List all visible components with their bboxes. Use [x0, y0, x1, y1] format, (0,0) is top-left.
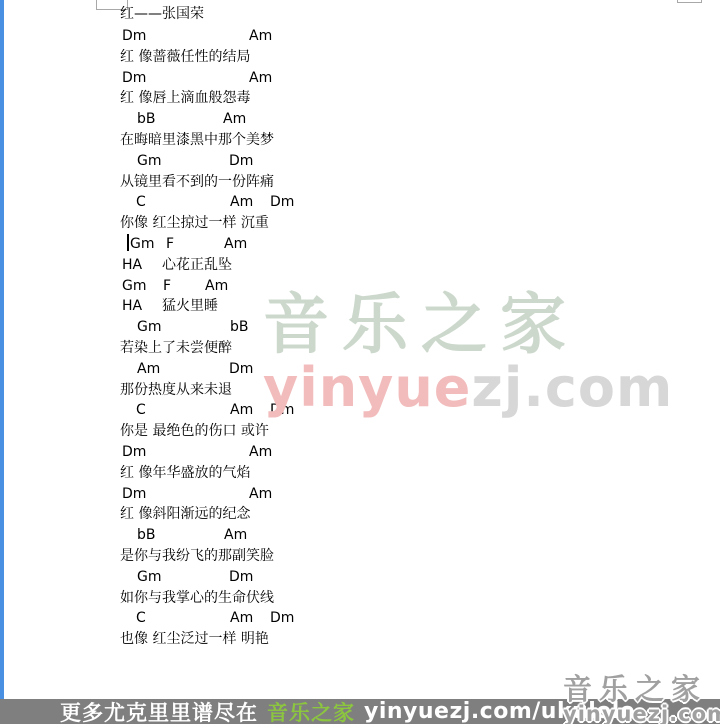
chord-label: Dm [229, 568, 253, 586]
footer-url-text: yinyuezj.com/ukulele [364, 699, 635, 724]
chord-label: Am [230, 401, 253, 419]
chord-line: GmDm [0, 567, 720, 588]
chord-label: Am [249, 69, 272, 87]
lyric-text: 是你与我纷飞的那副笑脸 [120, 547, 274, 565]
song-title: 红——张国荣 [120, 5, 204, 23]
chord-label: Dm [229, 360, 253, 378]
lyric-text: 你像 红尘掠过一样 沉重 [120, 214, 269, 232]
lyric-text: 也像 红尘泛过一样 明艳 [120, 630, 269, 648]
chord-label: Gm [137, 318, 162, 336]
chord-label: Gm [137, 568, 162, 586]
footer-brand-text: 音乐之家 [267, 697, 355, 724]
chord-label: Dm [229, 152, 253, 170]
chord-line: DmAm [0, 26, 720, 47]
chord-line: GmbB [0, 317, 720, 338]
chord-line: GmDm [0, 151, 720, 172]
chord-line: DmAm [0, 68, 720, 89]
chord-label: F [163, 277, 171, 295]
chord-label: Dm [122, 485, 146, 503]
chord-label: Am [205, 277, 228, 295]
lyric-line: 从镜里看不到的一份阵痛 [0, 172, 720, 193]
chord-label: Gm [130, 235, 155, 253]
chord-label: bB [137, 110, 156, 128]
chord-line: DmAm [0, 442, 720, 463]
chord-line: CAmDm [0, 608, 720, 629]
chord-line: CAmDm [0, 192, 720, 213]
chord-label: Am [249, 485, 272, 503]
chord-label: Dm [122, 69, 146, 87]
chord-label: Am [137, 360, 160, 378]
lyric-line: 在晦暗里漆黑中那个美梦 [0, 130, 720, 151]
chord-label: Am [224, 526, 247, 544]
chord-label: Am [230, 193, 253, 211]
lyric-line: 红 像唇上滴血般怨毒 [0, 88, 720, 109]
chord-label: Dm [270, 193, 294, 211]
chord-label: Dm [270, 609, 294, 627]
lyric-line: 你像 红尘掠过一样 沉重 [0, 213, 720, 234]
chord-line: GmFAm [0, 234, 720, 255]
chord-label: Dm [270, 401, 294, 419]
chord-label: Gm [122, 277, 147, 295]
chord-line: AmDm [0, 359, 720, 380]
chord-label: bB [230, 318, 249, 336]
chord-label: bB [137, 526, 156, 544]
chord-label: C [136, 193, 146, 211]
lyric-text: 从镜里看不到的一份阵痛 [120, 173, 274, 191]
lyric-text: 在晦暗里漆黑中那个美梦 [120, 131, 274, 149]
chord-label: Am [249, 27, 272, 45]
text-caret [127, 234, 129, 251]
lyric-text: 如你与我掌心的生命伏线 [120, 589, 274, 607]
chord-label: Am [223, 110, 246, 128]
lyric-line: 是你与我纷飞的那副笑脸 [0, 546, 720, 567]
lyric-text: 红 像蔷薇任性的结局 [120, 48, 250, 66]
lyric-text: 那份热度从来未退 [120, 381, 232, 399]
chord-line: bBAm [0, 525, 720, 546]
song-sheet[interactable]: 红——张国荣 DmAm红 像蔷薇任性的结局DmAm红 像唇上滴血般怨毒bBAm在… [0, 0, 720, 699]
lyric-line: 那份热度从来未退 [0, 380, 720, 401]
chord-label: Am [230, 609, 253, 627]
lyric-text: 猛火里睡 [162, 297, 218, 315]
footer-prefix-text: 更多尤克里里谱尽在 [60, 697, 258, 724]
chord-label: Dm [122, 27, 146, 45]
chord-label: Am [249, 443, 272, 461]
chord-label: Dm [122, 443, 146, 461]
lyric-line: 若染上了未尝便醉 [0, 338, 720, 359]
lyric-text: 心花正乱坠 [162, 256, 232, 274]
chord-line: GmFAm [0, 276, 720, 297]
lyric-text: 红 像唇上滴血般怨毒 [120, 89, 250, 107]
lyric-line: 红 像蔷薇任性的结局 [0, 47, 720, 68]
lyric-line: 如你与我掌心的生命伏线 [0, 588, 720, 609]
lyric-text: 红 像斜阳渐远的纪念 [120, 505, 250, 523]
chord-line: bBAm [0, 109, 720, 130]
lyric-text: 你是 最绝色的伤口 或许 [120, 422, 269, 440]
chord-label: C [136, 401, 146, 419]
chord-line: DmAm [0, 484, 720, 505]
footer-bar: 更多尤克里里谱尽在 音乐之家 yinyuezj.com/ukulele [0, 699, 720, 724]
lyric-line: 你是 最绝色的伤口 或许 [0, 421, 720, 442]
lyric-text: 红 像年华盛放的气焰 [120, 464, 250, 482]
lyric-line: HA猛火里睡 [0, 296, 720, 317]
chord-label: C [136, 609, 146, 627]
lyric-text: 若染上了未尝便醉 [120, 339, 232, 357]
chord-label: F [166, 235, 174, 253]
lyric-line: 红 像斜阳渐远的纪念 [0, 504, 720, 525]
lyric-text: HA [122, 297, 142, 315]
lyric-line: HA心花正乱坠 [0, 255, 720, 276]
song-lines: DmAm红 像蔷薇任性的结局DmAm红 像唇上滴血般怨毒bBAm在晦暗里漆黑中那… [0, 26, 720, 650]
lyric-text: HA [122, 256, 142, 274]
chord-label: Gm [137, 152, 162, 170]
lyric-line: 也像 红尘泛过一样 明艳 [0, 629, 720, 650]
lyric-line: 红 像年华盛放的气焰 [0, 463, 720, 484]
chord-line: CAmDm [0, 400, 720, 421]
chord-label: Am [224, 235, 247, 253]
